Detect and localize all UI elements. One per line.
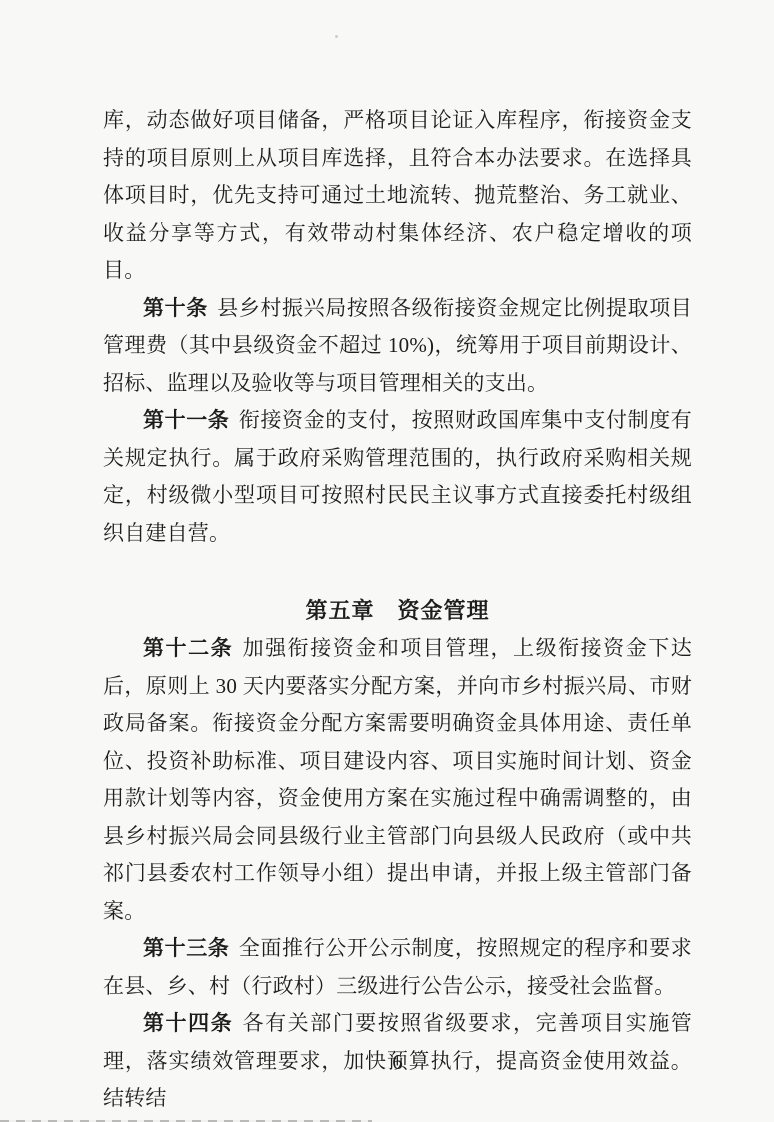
paragraph-continuation: 库，动态做好项目储备，严格项目论证入库程序，衔接资金支持的项目原则上从项目库选择… — [103, 102, 692, 290]
article-10: 第十条县乡村振兴局按照各级衔接资金规定比例提取项目管理费（其中县级资金不超过 1… — [103, 290, 692, 403]
scan-speck — [335, 35, 338, 38]
article-12-number: 第十二条 — [143, 636, 233, 660]
article-11-number: 第十一条 — [143, 408, 229, 432]
article-13: 第十三条全面推行公开公示制度，按照规定的程序和要求在县、乡、村（行政村）三级进行… — [103, 930, 692, 1005]
paragraph-text: 库，动态做好项目储备，严格项目论证入库程序，衔接资金支持的项目原则上从项目库选择… — [103, 108, 692, 282]
article-12: 第十二条加强衔接资金和项目管理，上级衔接资金下达后，原则上 30 天内要落实分配… — [103, 630, 692, 930]
page-number: 6 — [103, 1043, 692, 1081]
article-13-number: 第十三条 — [143, 936, 229, 960]
article-14-number: 第十四条 — [143, 1011, 233, 1035]
chapter-heading: 第五章 资金管理 — [103, 592, 692, 630]
document-page: 库，动态做好项目储备，严格项目论证入库程序，衔接资金支持的项目原则上从项目库选择… — [0, 0, 774, 1122]
article-10-number: 第十条 — [143, 296, 208, 320]
text-block: 库，动态做好项目储备，严格项目论证入库程序，衔接资金支持的项目原则上从项目库选择… — [103, 102, 692, 1118]
article-11: 第十一条衔接资金的支付，按照财政国库集中支付制度有关规定执行。属于政府采购管理范… — [103, 402, 692, 552]
article-12-text: 加强衔接资金和项目管理，上级衔接资金下达后，原则上 30 天内要落实分配方案，并… — [103, 636, 692, 923]
